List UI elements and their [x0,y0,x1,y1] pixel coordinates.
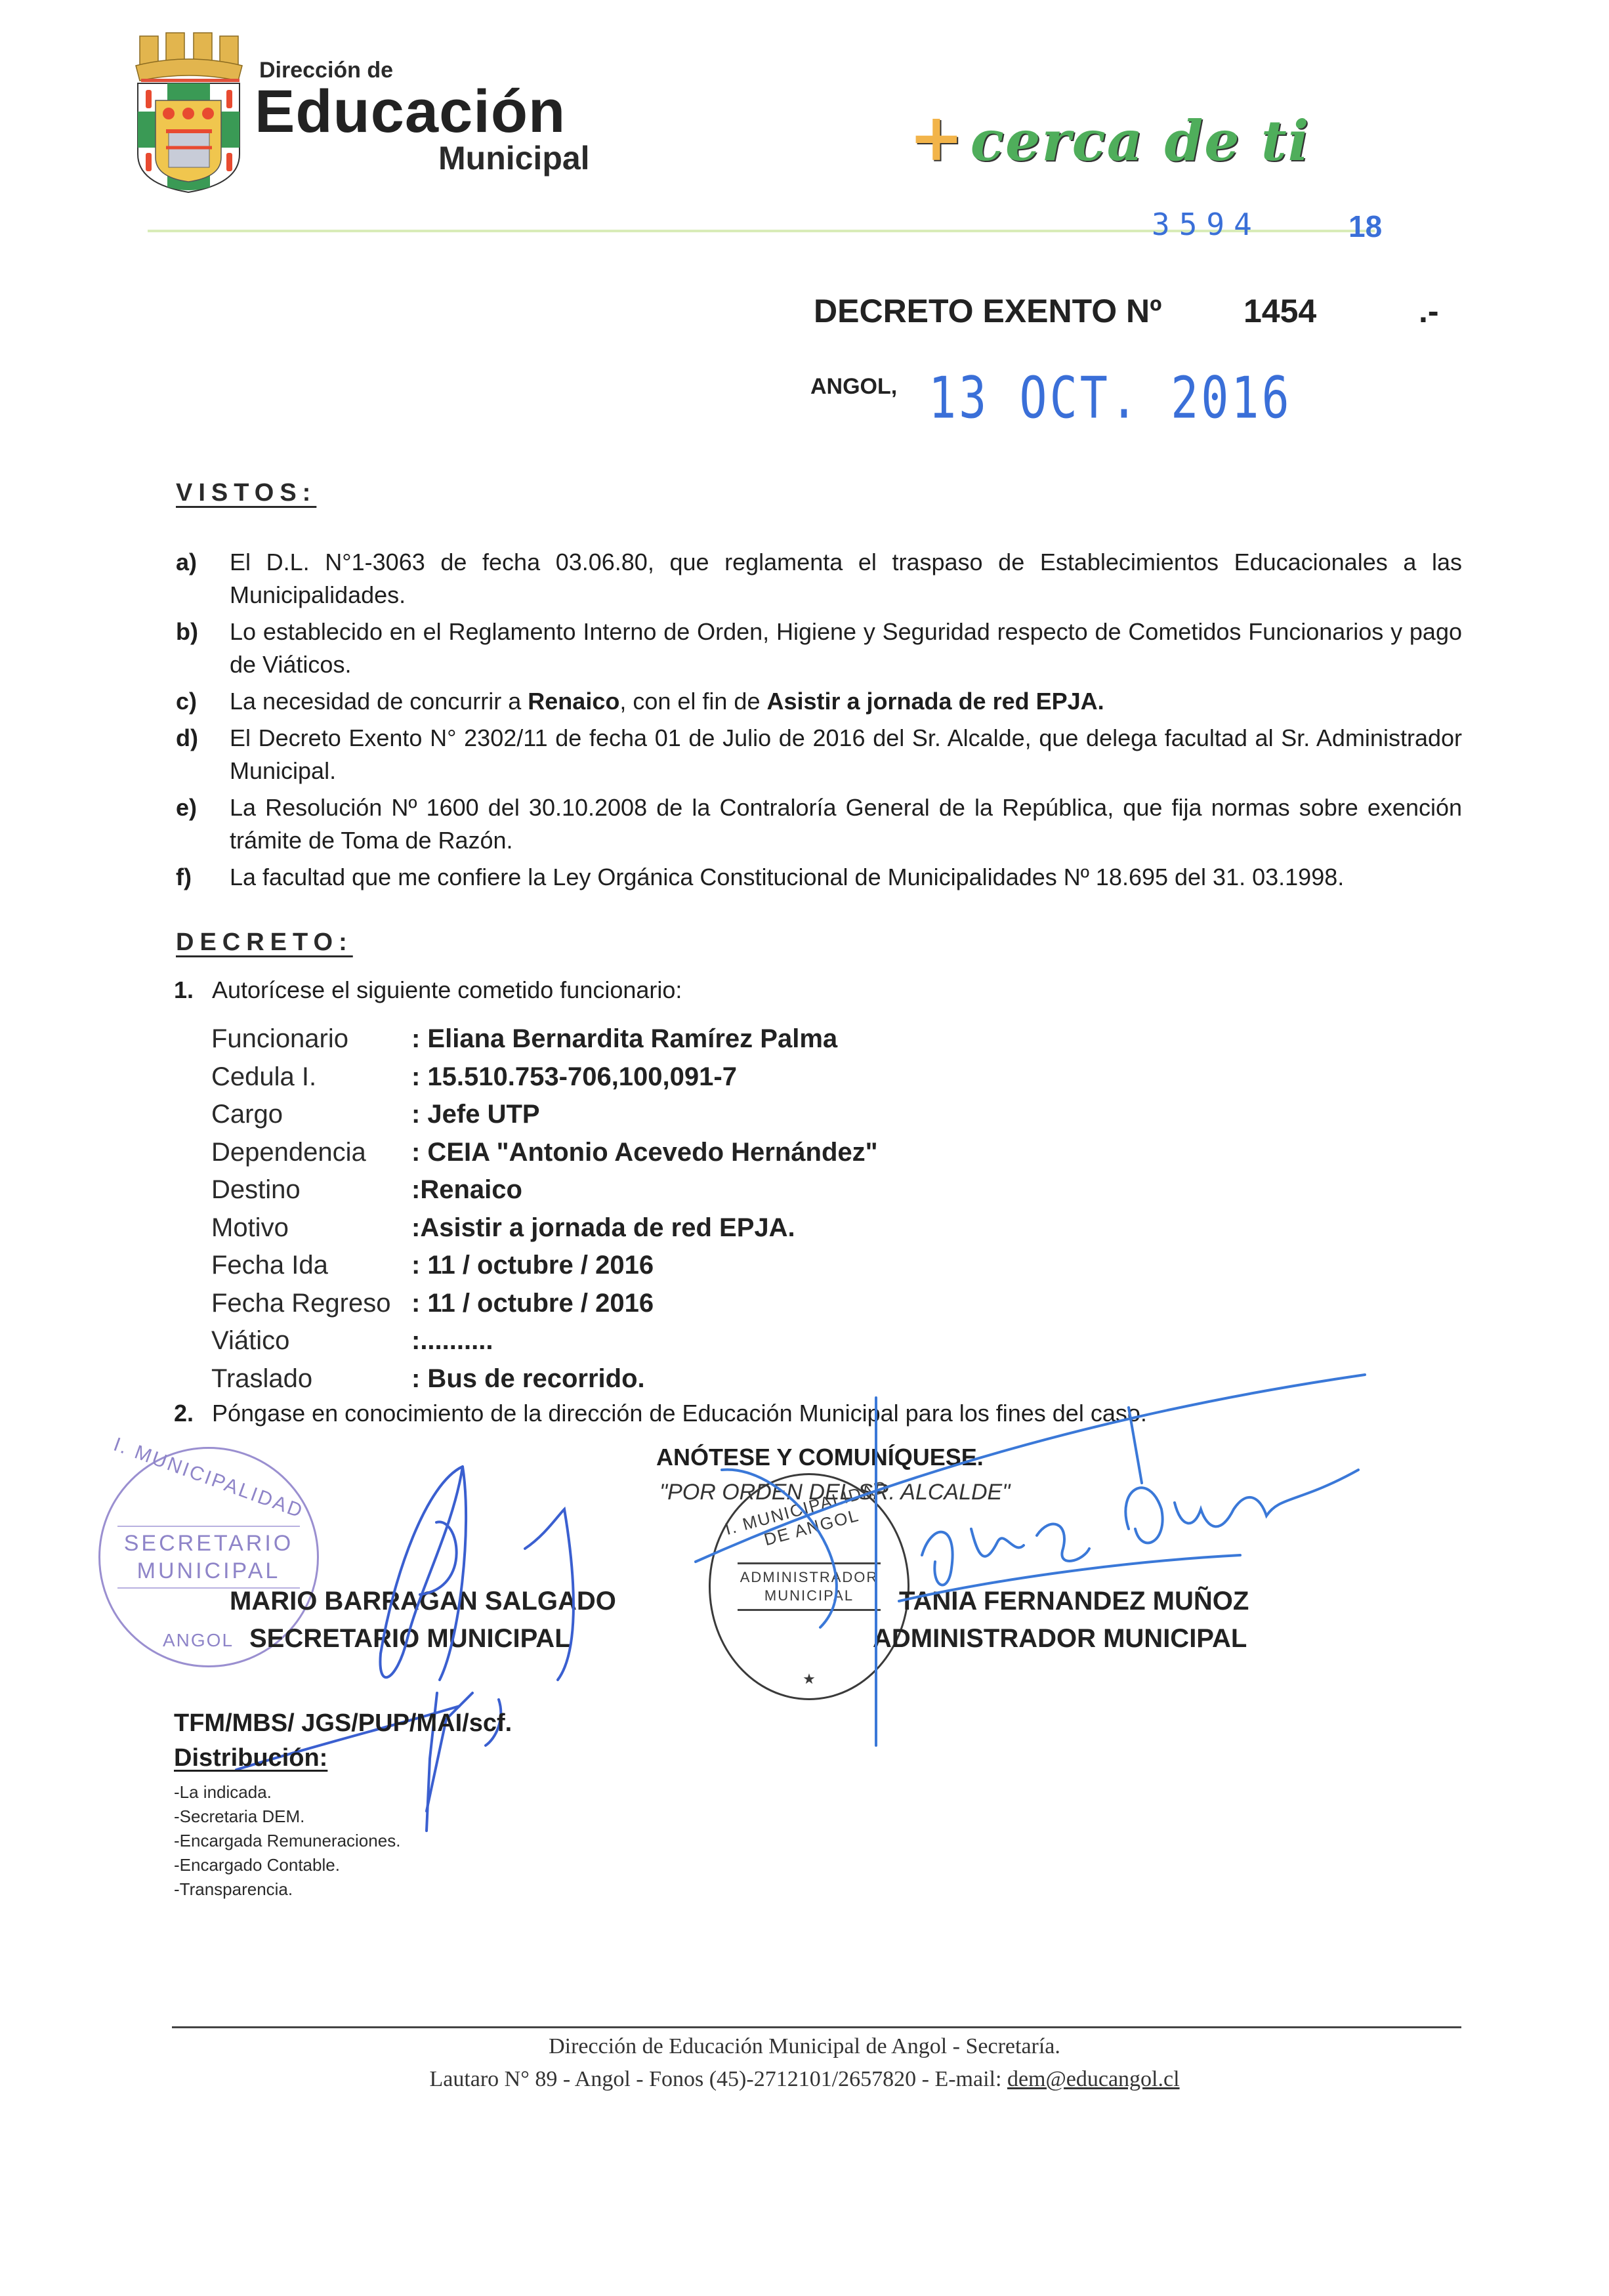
field-value: : Jefe UTP [411,1100,540,1129]
vistos-item-label: b) [176,616,230,681]
distribution-list: -La indicada. -Secretaria DEM. -Encargad… [174,1780,400,1902]
field-label: Fecha Regreso [211,1289,411,1318]
text-fragment: , con el fin de [619,688,766,715]
field-row: Destino:Renaico [211,1171,878,1209]
city-label: ANGOL, [810,374,897,400]
vistos-item-label: c) [176,685,230,718]
field-row: Funcionario: Eliana Bernardita Ramírez P… [211,1020,878,1058]
star-icon: ★ [803,1671,816,1688]
decree-point-2: 2.Póngase en conocimiento de la direcció… [174,1400,1147,1427]
closing-notify: ANÓTESE Y COMUNÍQUESE. [656,1444,984,1471]
vistos-heading: VISTOS: [176,479,316,507]
slogan-plus-icon: + [909,98,965,176]
vistos-item-text: El Decreto Exento N° 2302/11 de fecha 01… [230,722,1462,787]
seal-middle-line: MUNICIPAL [124,1557,294,1585]
municipal-coat-of-arms-logo [128,30,249,194]
field-row: Fecha Regreso: 11 / octubre / 2016 [211,1285,878,1323]
seal-middle: ADMINISTRADOR MUNICIPAL [738,1562,881,1611]
footer-email-link[interactable]: dem@educangol.cl [1007,2067,1180,2091]
field-label: Cedula I. [211,1062,411,1092]
vistos-item: e) La Resolución Nº 1600 del 30.10.2008 … [176,791,1462,857]
distribution-heading: Distribución: [174,1744,327,1772]
seal-middle-line: SECRETARIO [124,1530,294,1557]
field-value: : 11 / octubre / 2016 [411,1251,654,1280]
vistos-item: c) La necesidad de concurrir a Renaico, … [176,685,1462,718]
field-row: Cedula I.: 15.510.753-706,100,091-7 [211,1058,878,1096]
received-stamp-mark: 18 [1348,209,1382,244]
vistos-item-text: La necesidad de concurrir a Renaico, con… [230,685,1462,718]
decree-point-1: 1.Autorícese el siguiente cometido funci… [174,976,682,1004]
seal-bottom-text: ANGOL [163,1630,234,1651]
document-initials: TFM/MBS/ JGS/PUP/MAI/scf. [174,1709,512,1738]
field-label: Viático [211,1326,411,1356]
footer-divider [172,2026,1461,2028]
decree-title-tail: .- [1419,292,1439,330]
vistos-item-text: La Resolución Nº 1600 del 30.10.2008 de … [230,791,1462,857]
vistos-item-label: a) [176,546,230,612]
brand-line-2: Educación [255,77,566,146]
point-number: 1. [174,976,212,1004]
footer-institution: Dirección de Educación Municipal de Ango… [0,2034,1609,2059]
slogan: +cerca de ti [909,98,1310,176]
vistos-item-label: f) [176,861,230,894]
administrador-seal-stamp: I. MUNICIPALIDAD DE ANGOL ADMINISTRADOR … [709,1473,909,1700]
signatory-2-title: ADMINISTRADOR MUNICIPAL [873,1624,1247,1654]
brand-line-3: Municipal [438,139,590,177]
vistos-list: a) El D.L. N°1-3063 de fecha 03.06.80, q… [176,546,1462,898]
vistos-item: f) La facultad que me confiere la Ley Or… [176,861,1462,894]
field-value: :Asistir a jornada de red EPJA. [411,1213,795,1243]
slogan-text: cerca de ti [971,108,1310,173]
vistos-item: d) El Decreto Exento N° 2302/11 de fecha… [176,722,1462,787]
field-value: :Renaico [411,1175,522,1205]
field-label: Traslado [211,1364,411,1394]
distribution-item: -Encargado Contable. [174,1853,400,1877]
field-label: Destino [211,1175,411,1205]
field-value: : CEIA "Antonio Acevedo Hernández" [411,1138,878,1167]
vistos-item: a) El D.L. N°1-3063 de fecha 03.06.80, q… [176,546,1462,612]
point-text: Autorícese el siguiente cometido funcion… [212,976,682,1003]
field-value: : Eliana Bernardita Ramírez Palma [411,1024,837,1054]
field-value: :.......... [411,1326,493,1356]
field-row: Traslado: Bus de recorrido. [211,1360,878,1398]
field-label: Fecha Ida [211,1251,411,1280]
signatory-1-title: SECRETARIO MUNICIPAL [249,1624,571,1654]
signatory-2-name: TANIA FERNANDEZ MUÑOZ [899,1587,1249,1616]
field-label: Dependencia [211,1138,411,1167]
destination-emphasis: Renaico [528,688,619,715]
received-stamp-number: 3594 [1152,207,1261,242]
vistos-item-text: La facultad que me confiere la Ley Orgán… [230,861,1462,894]
point-text: Póngase en conocimiento de la dirección … [212,1400,1147,1427]
seal-top-text: I. MUNICIPALIDAD [111,1434,307,1524]
seal-middle-line: MUNICIPAL [740,1587,879,1605]
vistos-item: b) Lo establecido en el Reglamento Inter… [176,616,1462,681]
distribution-item: -Transparencia. [174,1877,400,1902]
distribution-item: -La indicada. [174,1780,400,1805]
distribution-item: -Encargada Remuneraciones. [174,1829,400,1853]
field-label: Motivo [211,1213,411,1243]
purpose-emphasis: Asistir a jornada de red EPJA. [766,688,1104,715]
decree-title: DECRETO EXENTO Nº [814,292,1161,330]
distribution-item: -Secretaria DEM. [174,1805,400,1829]
commission-fields: Funcionario: Eliana Bernardita Ramírez P… [211,1020,878,1398]
text-fragment: La necesidad de concurrir a [230,688,528,715]
date-stamp: 13 OCT. 2016 [929,364,1292,432]
footer-contact: Lautaro N° 89 - Angol - Fonos (45)-27121… [0,2067,1609,2092]
seal-middle: SECRETARIO MUNICIPAL [117,1526,301,1589]
vistos-item-text: Lo establecido en el Reglamento Interno … [230,616,1462,681]
seal-middle-line: ADMINISTRADOR [740,1568,879,1587]
field-label: Cargo [211,1100,411,1129]
field-row: Dependencia: CEIA "Antonio Acevedo Herná… [211,1134,878,1172]
field-row: Cargo: Jefe UTP [211,1096,878,1134]
field-label: Funcionario [211,1024,411,1054]
decree-number: 1454 [1243,292,1316,330]
field-row: Motivo:Asistir a jornada de red EPJA. [211,1209,878,1247]
field-row: Fecha Ida: 11 / octubre / 2016 [211,1247,878,1285]
vistos-item-label: d) [176,722,230,787]
point-number: 2. [174,1400,212,1427]
footer-address: Lautaro N° 89 - Angol - Fonos (45)-27121… [429,2067,1007,2091]
decreto-heading: DECRETO: [176,929,353,957]
signatory-1-name: MARIO BARRAGAN SALGADO [230,1587,616,1616]
vistos-item-text: El D.L. N°1-3063 de fecha 03.06.80, que … [230,546,1462,612]
field-value: : 11 / octubre / 2016 [411,1289,654,1318]
field-row: Viático:.......... [211,1322,878,1360]
vistos-item-label: e) [176,791,230,857]
field-value: : 15.510.753-706,100,091-7 [411,1062,737,1092]
field-value: : Bus de recorrido. [411,1364,645,1394]
